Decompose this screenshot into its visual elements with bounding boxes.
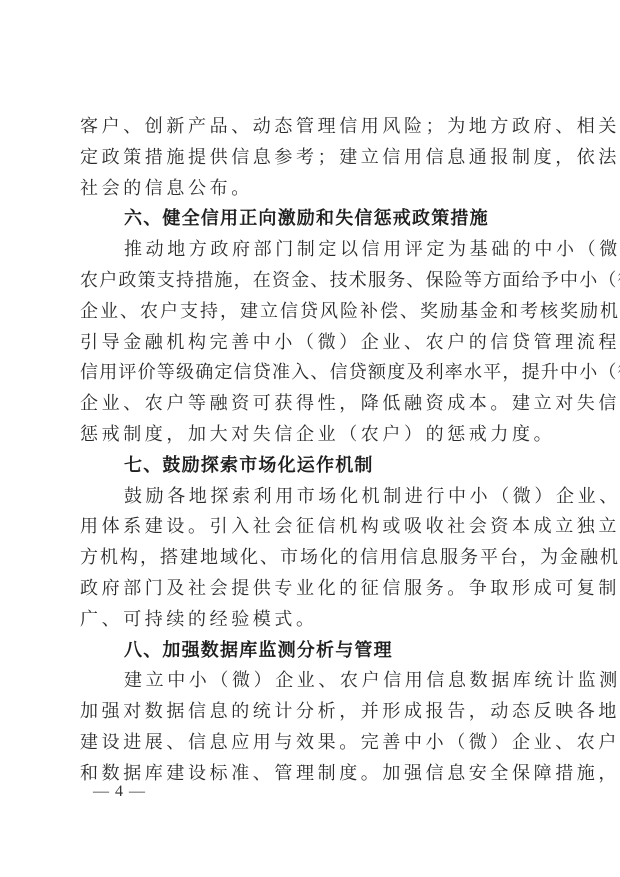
text-line: 定政策措施提供信息参考；建立信用信息通报制度，依法做好对 xyxy=(80,143,540,174)
page-number: — 4 — xyxy=(93,783,146,801)
section-heading: 七、鼓励探索市场化运作机制 xyxy=(80,451,540,482)
section-6: 六、健全信用正向激励和失信惩戒政策措施 推动地方政府部门制定以信用评定为基础的中… xyxy=(80,204,540,450)
text-line: 加强对数据信息的统计分析，并形成报告，动态反映各地数据库 xyxy=(80,697,540,728)
section-8: 八、加强数据库监测分析与管理 建立中小（微）企业、农户信用信息数据库统计监测制度… xyxy=(80,636,540,790)
text-line: 企业、农户支持，建立信贷风险补偿、奖励基金和考核奖励机制。 xyxy=(80,297,540,328)
text-line: 建设进展、信息应用与效果。完善中小（微）企业、农户数据项 xyxy=(80,728,540,759)
text-line: 政府部门及社会提供专业化的征信服务。争取形成可复制、可推 xyxy=(80,574,540,605)
document-page: 客户、创新产品、动态管理信用风险；为地方政府、相关部门制 定政策措施提供信息参考… xyxy=(80,112,540,790)
text-line: 用体系建设。引入社会征信机构或吸收社会资本成立独立的第三 xyxy=(80,512,540,543)
paragraph-continuation: 客户、创新产品、动态管理信用风险；为地方政府、相关部门制 定政策措施提供信息参考… xyxy=(80,112,540,204)
text-line: 惩戒制度，加大对失信企业（农户）的惩戒力度。 xyxy=(80,420,540,451)
text-line: 企业、农户等融资可获得性，降低融资成本。建立对失信行为的 xyxy=(80,389,540,420)
text-line: 鼓励各地探索利用市场化机制进行中小（微）企业、农村信 xyxy=(80,482,540,513)
text-line: 引导金融机构完善中小（微）企业、农户的信贷管理流程，根据 xyxy=(80,328,540,359)
text-line: 建立中小（微）企业、农户信用信息数据库统计监测制度， xyxy=(80,666,540,697)
text-line: 推动地方政府部门制定以信用评定为基础的中小（微）企业、 xyxy=(80,235,540,266)
text-line: 广、可持续的经验模式。 xyxy=(80,605,540,636)
text-line: 信用评价等级确定信贷准入、信贷额度及利率水平，提升中小（微） xyxy=(80,358,540,389)
section-heading: 六、健全信用正向激励和失信惩戒政策措施 xyxy=(80,204,540,235)
text-line: 社会的信息公布。 xyxy=(80,174,540,205)
section-7: 七、鼓励探索市场化运作机制 鼓励各地探索利用市场化机制进行中小（微）企业、农村信… xyxy=(80,451,540,636)
text-line: 方机构，搭建地域化、市场化的信用信息服务平台，为金融机构、 xyxy=(80,543,540,574)
text-line: 客户、创新产品、动态管理信用风险；为地方政府、相关部门制 xyxy=(80,112,540,143)
text-line: 农户政策支持措施，在资金、技术服务、保险等方面给予中小（微） xyxy=(80,266,540,297)
text-line: 和数据库建设标准、管理制度。加强信息安全保障措施，保护信 xyxy=(80,759,540,790)
section-heading: 八、加强数据库监测分析与管理 xyxy=(80,636,540,667)
